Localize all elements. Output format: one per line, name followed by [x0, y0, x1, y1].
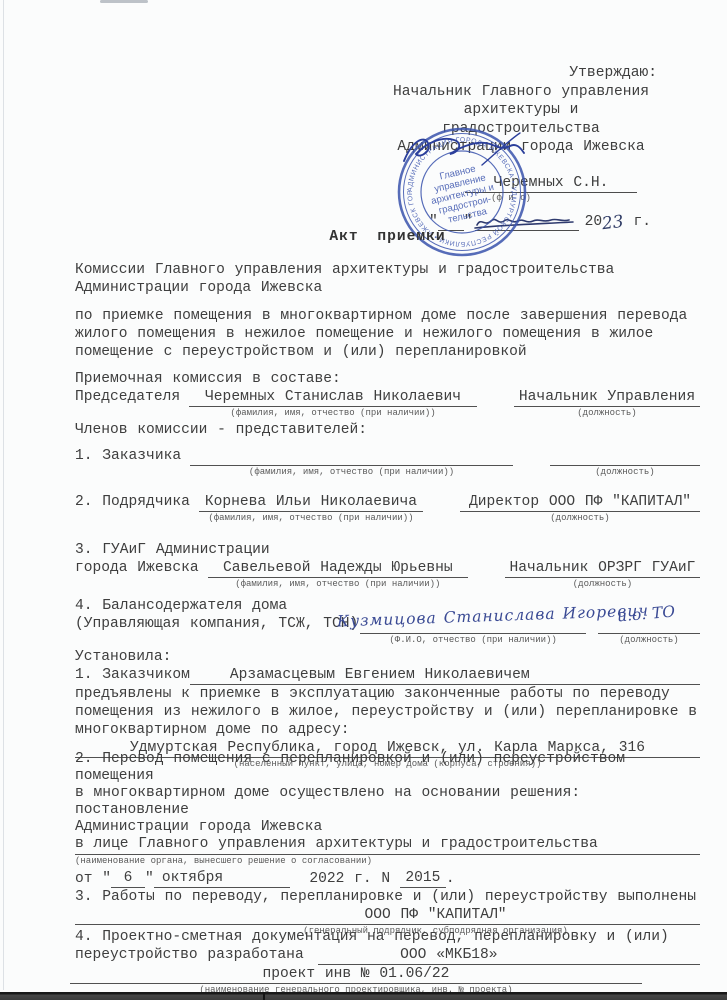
- member4-label-line2: (Управляющая компания, ТСЖ, ТСН): [75, 615, 358, 633]
- member3-name-field: Савельевой Надежды Юрьевны: [208, 559, 468, 578]
- item3-line: 3. Работы по переводу, перепланировке и …: [75, 888, 700, 906]
- decision-day: 6: [111, 870, 145, 888]
- approval-title: Утверждаю:: [385, 64, 657, 83]
- position-hint: (должность): [514, 407, 700, 419]
- authority-field: в лице Главного управления архитектуры и…: [75, 836, 700, 855]
- chair-name-field: Черемных Станислав Николаевич: [189, 388, 477, 407]
- member4-row: (Управляющая компания, ТСЖ, ТСН) (Ф.И.О,…: [75, 615, 700, 646]
- item4-designer-row: переустройство разработана ООО «МКБ18»: [75, 946, 700, 965]
- item4-label2: переустройство разработана: [75, 946, 304, 964]
- item1-customer-name: Арзамасцевым Евгением Николаевичем: [190, 666, 700, 685]
- item1-line: помещения из нежилого в жилое, переустро…: [75, 703, 700, 721]
- fio-hint: (фамилия, имя, отчество (при наличии)): [199, 512, 423, 524]
- commission-chair-row: Председателя Черемных Станислав Николаев…: [75, 388, 700, 419]
- scan-edge-left: [3, 0, 4, 990]
- fio-hint: (фамилия, имя, отчество (при наличии)): [208, 578, 468, 590]
- decision-year: 2022 г. N: [290, 871, 400, 888]
- intro-line: Администрации города Ижевска: [75, 279, 700, 297]
- project-number-field: проект инв № 01.06/22: [70, 965, 642, 984]
- member2-name-field: Корнева Ильи Николаевича: [199, 493, 423, 512]
- member1-row: 1. Заказчика (фамилия, имя, отчество (пр…: [75, 447, 700, 478]
- subject-line: помещение с переустройством и (или) пере…: [75, 343, 700, 361]
- document-title: Акт приемки: [75, 228, 700, 246]
- position-hint: (должность): [598, 634, 700, 646]
- quote-mark: ": [145, 871, 154, 888]
- signature-ink: [398, 131, 526, 169]
- scan-smudge-top: [100, 0, 148, 3]
- contractor-field: ООО ПФ "КАПИТАЛ": [75, 906, 700, 925]
- member2-position-field: Директор ООО ПФ "КАПИТАЛ": [460, 493, 700, 512]
- fio-hint: (фамилия, имя, отчество (при наличии)): [190, 466, 513, 478]
- scan-bottom-edge: [0, 992, 727, 1000]
- designer-field: ООО «МКБ18»: [318, 946, 700, 965]
- fio-hint-alt: (Ф.И.О, отчество (при наличии)): [360, 634, 586, 646]
- members-heading: Членов комиссии - представителей:: [75, 421, 700, 439]
- item2-line: Администрации города Ижевска: [75, 819, 700, 836]
- member2-label: 2. Подрядчика: [75, 493, 190, 511]
- item4-line1: 4. Проектно-сметная документация на пере…: [75, 928, 700, 946]
- member1-position-field: [550, 447, 700, 466]
- position-hint: (должность): [505, 578, 700, 590]
- item1-label: 1. Заказчиком: [75, 666, 190, 684]
- fio-hint: (фамилия, имя, отчество (при наличии)): [189, 407, 477, 419]
- commission-heading: Приемочная комиссия в составе:: [75, 370, 700, 388]
- authority-hint: (наименование органа, вынесшего решение …: [75, 855, 700, 867]
- member1-label: 1. Заказчика: [75, 447, 181, 465]
- member1-name-field: [190, 447, 513, 466]
- decision-month: октября: [154, 870, 290, 888]
- member2-row: 2. Подрядчика Корнева Ильи Николаевича (…: [75, 493, 700, 524]
- established-heading: Установила:: [75, 648, 700, 666]
- item1-line: многоквартирном доме по адресу:: [75, 721, 700, 739]
- approval-position-line: Начальник Главного управления: [385, 83, 657, 102]
- document-body: Акт приемки Комиссии Главного управления…: [75, 228, 700, 996]
- intro-line: Комиссии Главного управления архитектуры…: [75, 261, 700, 279]
- member3-row: города Ижевска Савельевой Надежды Юрьевн…: [75, 559, 700, 590]
- date-prefix: от: [75, 871, 102, 888]
- item2-line: в многоквартирном доме осуществлено на о…: [75, 785, 700, 819]
- item1-line: предъявлены к приемке в эксплуатацию зак…: [75, 685, 700, 703]
- member3-position-field: Начальник ОРЗРГ ГУАиГ: [505, 559, 700, 578]
- position-hint: (должность): [460, 512, 700, 524]
- chair-position-field: Начальник Управления: [514, 388, 700, 407]
- position-hint: (должность): [550, 466, 700, 478]
- subject-line: по приемке помещения в многоквартирном д…: [75, 307, 700, 325]
- decision-date-row: от " 6 " октября 2022 г. N 2015 .: [75, 870, 700, 888]
- item1-customer-row: 1. Заказчиком Арзамасцевым Евгением Нико…: [75, 666, 700, 685]
- decision-number: 2015: [400, 870, 446, 888]
- subject-line: жилого помещения в нежилое помещение и н…: [75, 325, 700, 343]
- quote-mark: ": [102, 871, 111, 888]
- member3-label-line1: 3. ГУАиГ Администрации: [75, 541, 700, 559]
- member3-label-line2: города Ижевска: [75, 559, 199, 577]
- decision-suffix: .: [446, 871, 455, 888]
- chair-label: Председателя: [75, 388, 180, 406]
